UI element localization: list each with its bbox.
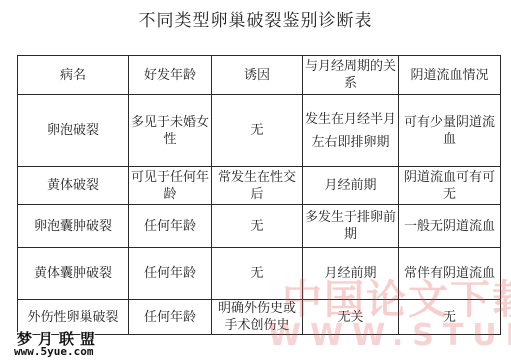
table-header-row: 病名 好发年龄 诱因 与月经周期的关系 阴道流血情况 <box>18 56 501 95</box>
cell: 常伴有阴道流血 <box>399 248 501 300</box>
cell: 多发生于排卵前期 <box>303 205 399 248</box>
header-cell: 病名 <box>18 56 129 95</box>
cell: 任何年龄 <box>129 300 212 335</box>
cell: 黄体破裂 <box>18 167 129 205</box>
cell: 卵泡破裂 <box>18 95 129 167</box>
cell: 黄体囊肿破裂 <box>18 248 129 300</box>
diagnosis-table: 病名 好发年龄 诱因 与月经周期的关系 阴道流血情况 卵泡破裂 多见于未婚女性 … <box>17 55 501 335</box>
header-cell: 与月经周期的关系 <box>303 56 399 95</box>
cell: 无关 <box>303 300 399 335</box>
cell: 一般无阴道流血 <box>399 205 501 248</box>
table-row: 黄体囊肿破裂 任何年龄 无 月经前期 常伴有阴道流血 <box>18 248 501 300</box>
cell: 可有少量阴道流血 <box>399 95 501 167</box>
cell: 可见于任何年龄 <box>129 167 212 205</box>
header-cell: 好发年龄 <box>129 56 212 95</box>
header-cell: 阴道流血情况 <box>399 56 501 95</box>
cell: 明确外伤史或手术创伤史 <box>212 300 303 335</box>
cell: 任何年龄 <box>129 205 212 248</box>
cell: 任何年龄 <box>129 248 212 300</box>
table-row: 黄体破裂 可见于任何年龄 常发生在性交后 月经前期 阴道流血可有可无 <box>18 167 501 205</box>
cell: 常发生在性交后 <box>212 167 303 205</box>
cell: 卵泡囊肿破裂 <box>18 205 129 248</box>
cell: 阴道流血可有可无 <box>399 167 501 205</box>
cell: 无 <box>212 95 303 167</box>
table-title: 不同类型卵巢破裂鉴别诊断表 <box>0 6 511 31</box>
cell: 多见于未婚女性 <box>129 95 212 167</box>
table-row: 卵泡破裂 多见于未婚女性 无 发生在月经半月左右即排卵期 可有少量阴道流血 <box>18 95 501 167</box>
cell: 月经前期 <box>303 167 399 205</box>
cell: 发生在月经半月左右即排卵期 <box>303 95 399 167</box>
cell: 月经前期 <box>303 248 399 300</box>
cell: 无 <box>212 248 303 300</box>
table-row: 卵泡囊肿破裂 任何年龄 无 多发生于排卵前期 一般无阴道流血 <box>18 205 501 248</box>
header-cell: 诱因 <box>212 56 303 95</box>
watermark-site-url: www.5yue.com <box>14 345 93 358</box>
cell: 无 <box>399 300 501 335</box>
cell: 无 <box>212 205 303 248</box>
